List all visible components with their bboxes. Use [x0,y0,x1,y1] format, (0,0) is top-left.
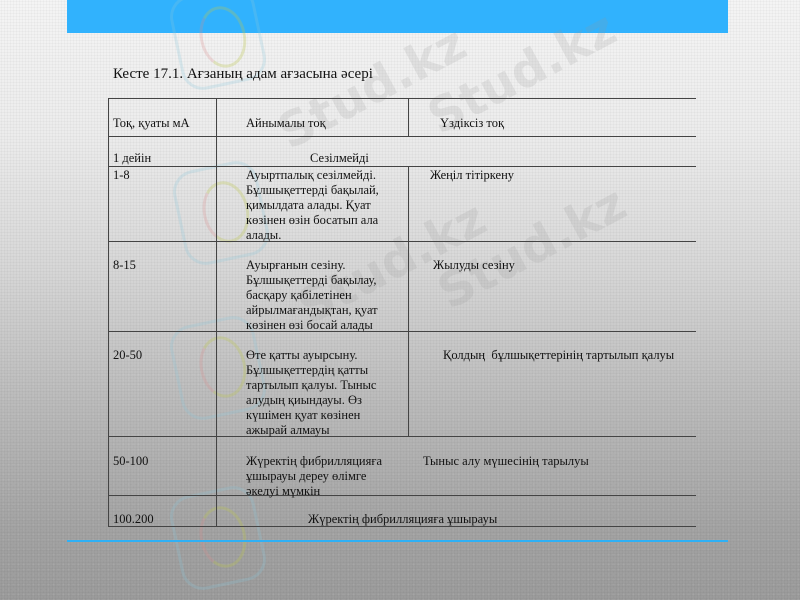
table-row-alternating: Ауыртпалық сезілмейді. Бұлшықеттерді бақ… [246,168,396,243]
header-direct-current: Үздіксіз тоқ [440,116,504,131]
table-row-merged: Жүректің фибрилляцияға ұшырауы [308,512,497,527]
table-row-direct: Тыныс алу мүшесінің тарылуы [423,454,589,469]
header-current-strength: Тоқ, қуаты мА [113,116,190,131]
table-row-range: 50-100 [113,454,148,469]
header-alternating-current: Айнымалы тоқ [246,116,326,131]
table-row-direct: Жылуды сезіну [433,258,515,273]
table-row-alternating: Ауырғанын сезіну. Бұлшықеттерді бақылау,… [246,258,401,333]
footer-accent-line [67,540,728,542]
title-bar-band [67,0,728,33]
table-row-alternating: Жүректің фибрилляцияға ұшырауы дереу өлі… [246,454,396,499]
table-row-direct: Қолдың бұлшықеттерінің тартылып қалуы [443,348,674,363]
table-row-alternating: Өте қатты ауырсыну. Бұлшықеттердің қатты… [246,348,396,438]
table-caption: Кесте 17.1. Ағзаның адам ағзасына әсері [113,66,373,83]
table-row-merged: Сезілмейді [310,151,369,166]
table-row-range: 100.200 [113,512,154,527]
table-row-direct: Жеңіл тітіркену [430,168,514,183]
table-row-range: 1-8 [113,168,130,183]
watermark-text: Stud.kz [429,175,636,320]
table-row-range: 8-15 [113,258,136,273]
watermark-text: Stud.kz [269,15,476,160]
table-row-range: 1 дейін [113,151,151,166]
table-row-range: 20-50 [113,348,142,363]
